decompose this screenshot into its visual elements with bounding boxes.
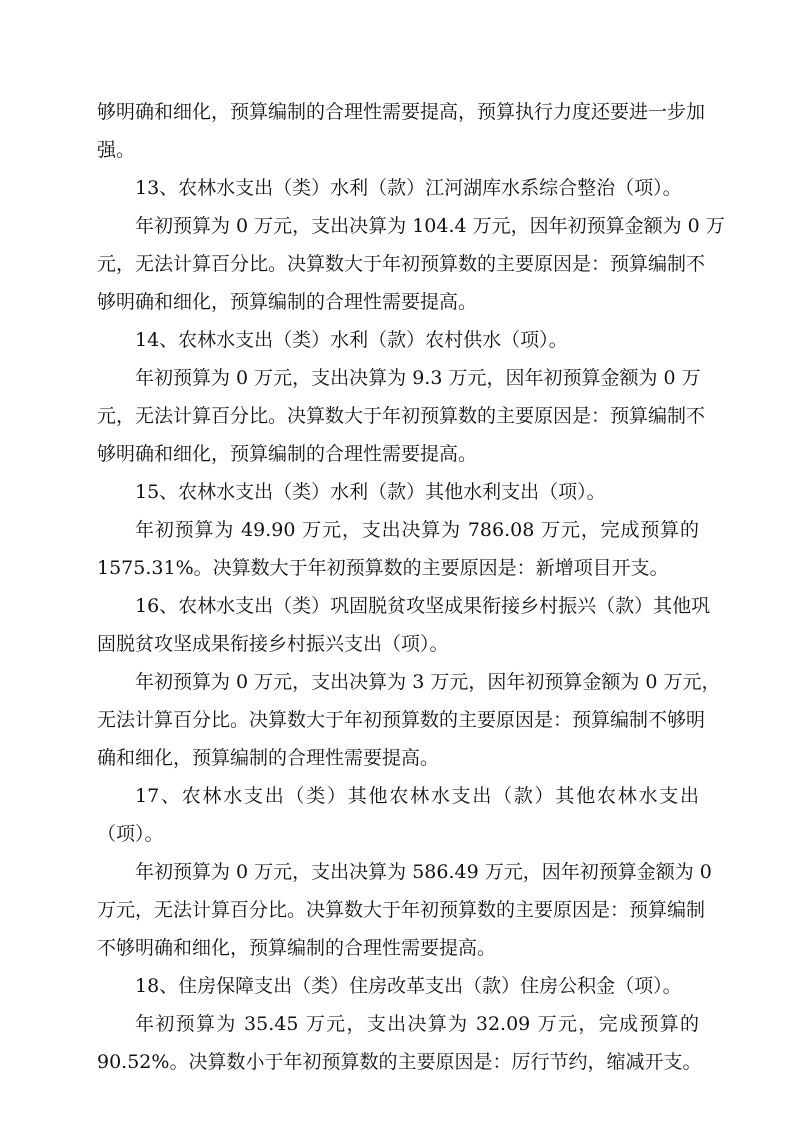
paragraph-line: 无法计算百分比。决算数大于年初预算数的主要原因是：预算编制不够明	[97, 708, 699, 746]
paragraph-line: 万元，无法计算百分比。决算数大于年初预算数的主要原因是：预算编制	[97, 898, 699, 936]
section-heading-13: 13、农林水支出（类）水利（款）江河湖库水系综合整治（项）。	[97, 176, 699, 214]
paragraph-line: 年初预算为 0 万元，支出决算为 3 万元，因年初预算金额为 0 万元，	[97, 670, 699, 708]
section-heading-16-cont: 固脱贫攻坚成果衔接乡村振兴支出（项）。	[97, 632, 699, 670]
paragraph-line: 1575.31%。决算数大于年初预算数的主要原因是：新增项目开支。	[97, 556, 699, 594]
paragraph-line: 年初预算为 49.90 万元，支出决算为 786.08 万元，完成预算的	[97, 518, 699, 556]
paragraph-line: 年初预算为 0 万元，支出决算为 9.3 万元，因年初预算金额为 0 万	[97, 366, 699, 404]
paragraph-line: 够明确和细化，预算编制的合理性需要提高。	[97, 442, 699, 480]
paragraph-line: 元，无法计算百分比。决算数大于年初预算数的主要原因是：预算编制不	[97, 252, 699, 290]
paragraph-line: 不够明确和细化，预算编制的合理性需要提高。	[97, 936, 699, 974]
paragraph-line: 年初预算为 0 万元，支出决算为 586.49 万元，因年初预算金额为 0	[97, 860, 699, 898]
section-heading-18: 18、住房保障支出（类）住房改革支出（款）住房公积金（项）。	[97, 974, 699, 1012]
document-page: 够明确和细化，预算编制的合理性需要提高，预算执行力度还要进一步加 强。 13、农…	[97, 100, 699, 1088]
section-heading-17: 17、农林水支出（类）其他农林水支出（款）其他农林水支出	[97, 784, 699, 822]
paragraph-line: 90.52%。决算数小于年初预算数的主要原因是：厉行节约，缩减开支。	[97, 1050, 699, 1088]
paragraph-line: 确和细化，预算编制的合理性需要提高。	[97, 746, 699, 784]
paragraph-line: 年初预算为 0 万元，支出决算为 104.4 万元，因年初预算金额为 0 万	[97, 214, 699, 252]
section-heading-16: 16、农林水支出（类）巩固脱贫攻坚成果衔接乡村振兴（款）其他巩	[97, 594, 699, 632]
paragraph-line: 强。	[97, 138, 699, 176]
section-heading-15: 15、农林水支出（类）水利（款）其他水利支出（项）。	[97, 480, 699, 518]
section-heading-14: 14、农林水支出（类）水利（款）农村供水（项）。	[97, 328, 699, 366]
paragraph-line: 够明确和细化，预算编制的合理性需要提高。	[97, 290, 699, 328]
paragraph-line: 年初预算为 35.45 万元，支出决算为 32.09 万元，完成预算的	[97, 1012, 699, 1050]
section-heading-17-cont: （项）。	[97, 822, 699, 860]
paragraph-line: 元，无法计算百分比。决算数大于年初预算数的主要原因是：预算编制不	[97, 404, 699, 442]
paragraph-line: 够明确和细化，预算编制的合理性需要提高，预算执行力度还要进一步加	[97, 100, 699, 138]
